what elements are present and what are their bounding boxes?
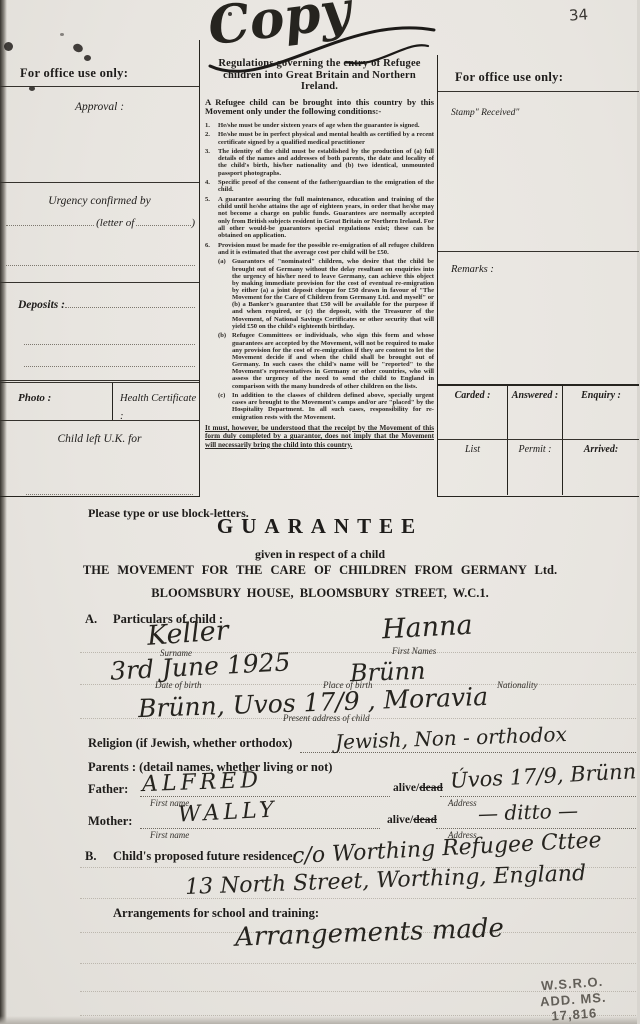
answered-label: Answered : — [512, 390, 558, 401]
section-a-label: A. — [85, 612, 97, 627]
write-in-line — [436, 827, 636, 829]
regulation-item: 5. A guarantee assuring the full mainten… — [205, 196, 434, 239]
regulations-intro: A Refugee child can be brought into this… — [205, 98, 434, 117]
mother-label: Mother: — [88, 814, 132, 829]
regulation-item: 3. The identity of the child must be est… — [205, 148, 434, 177]
write-in-line — [6, 264, 195, 266]
office-use-left-panel: For office use only: Approval : Urgency … — [0, 40, 200, 497]
father-alive-dead: alive/dead — [393, 782, 443, 794]
remarks-label: Remarks : — [451, 264, 494, 275]
urgency-label: Urgency confirmed by — [0, 183, 199, 207]
write-in-line — [6, 224, 94, 226]
subitem-number: (c) — [218, 392, 232, 421]
nationality-label: Nationality — [497, 680, 538, 690]
present-address-label: Present address of child — [283, 713, 370, 723]
subitem-text: In addition to the classes of children d… — [232, 392, 434, 421]
item-text: Provision must be made for the possible … — [218, 242, 434, 256]
organisation-address: BLOOMSBURY HOUSE, BLOOMSBURY STREET, W.C… — [0, 586, 640, 601]
left-panel-title: For office use only: — [20, 66, 128, 80]
write-in-line — [440, 795, 636, 797]
write-in-line — [140, 827, 380, 829]
office-use-right-panel: For office use only: Stamp" Received" Re… — [437, 55, 639, 497]
copy-annotation: Copy — [205, 0, 354, 57]
surname-value: Keller — [146, 615, 230, 652]
item-text: Specific proof of the consent of the fat… — [218, 179, 434, 193]
archive-stamp: W.S.R.O. ADD. MS. 17,816 — [538, 974, 608, 1024]
regulation-subitem: (c) In addition to the classes of childr… — [218, 392, 434, 421]
religion-value: Jewish, Non - orthodox — [335, 722, 568, 754]
first-names-label: First Names — [392, 646, 436, 656]
write-in-line — [26, 493, 193, 495]
page-number-annotation: 34 — [568, 5, 588, 24]
letter-of-close: ) — [191, 217, 195, 229]
write-in-line — [24, 365, 195, 367]
mother-name-value: WALLY — [177, 797, 278, 827]
regulation-subitem: (a) Guarantors of "nominated" children, … — [218, 258, 434, 330]
item-text: A guarantee assuring the full maintenanc… — [218, 196, 434, 239]
item-number: 2. — [205, 131, 218, 145]
approval-label: Approval : — [75, 101, 124, 113]
father-address-value: Úvos 17/9, Brünn — [449, 759, 636, 793]
letter-of-label: (letter of — [94, 217, 136, 229]
ruled-line — [80, 897, 636, 899]
carded-label: Carded : — [455, 390, 491, 401]
item-text: He/she must be under sixteen years of ag… — [218, 122, 434, 129]
father-label: Father: — [88, 782, 128, 797]
write-in-line — [140, 795, 390, 797]
subitem-text: Guarantors of "nominated" children, who … — [232, 258, 434, 330]
regulations-footer-note: It must, however, be understood that the… — [205, 424, 434, 449]
regulation-item: 4. Specific proof of the consent of the … — [205, 179, 434, 193]
organisation-name: THE MOVEMENT FOR THE CARE OF CHILDREN FR… — [0, 563, 640, 578]
ruled-line — [80, 962, 636, 964]
item-number: 6. — [205, 242, 218, 256]
father-name-value: ALFRED — [142, 768, 263, 797]
first-names-value: Hanna — [381, 610, 473, 646]
alive-text: alive/ — [387, 814, 413, 826]
father-address-label: Address — [448, 798, 477, 808]
dead-text-struck: dead — [413, 814, 437, 826]
write-in-line — [24, 343, 195, 345]
item-text: The identity of the child must be establ… — [218, 148, 434, 177]
regulation-item: 6. Provision must be made for the possib… — [205, 242, 434, 256]
enquiry-label: Enquiry : — [581, 390, 621, 401]
item-number: 3. — [205, 148, 218, 177]
health-certificate-label: Health Certificate : — [120, 393, 196, 422]
stamp-received-label: Stamp" Received" — [451, 108, 519, 118]
scanned-form-page: 34 Copy For office use only: Approval : … — [0, 0, 640, 1024]
list-label: List — [465, 444, 480, 455]
regulation-subitem: (b) Refugee Committees or individuals, w… — [218, 332, 434, 389]
religion-label: Religion (if Jewish, whether orthodox) — [88, 736, 292, 751]
child-left-uk-label: Child left U.K. for — [0, 421, 199, 445]
mother-alive-dead: alive/dead — [387, 814, 437, 826]
right-panel-title: For office use only: — [455, 70, 563, 84]
subitem-text: Refugee Committees or individuals, who s… — [232, 332, 434, 389]
permit-label: Permit : — [518, 444, 551, 455]
mother-address-value: — ditto — — [478, 798, 579, 825]
regulations-heading: Regulations governing the entry of Refug… — [205, 58, 434, 93]
dead-text-struck: dead — [419, 782, 443, 794]
guarantee-subtitle: given in respect of a child — [0, 547, 640, 562]
regulations-column: Regulations governing the entry of Refug… — [205, 58, 434, 456]
alive-text: alive/ — [393, 782, 419, 794]
write-in-line — [65, 306, 195, 308]
item-number: 5. — [205, 196, 218, 239]
regulation-item: 2. He/she must be in perfect physical an… — [205, 131, 434, 145]
mother-first-name-label: First name — [150, 830, 189, 840]
ink-blot — [60, 33, 64, 36]
section-b-label: B. — [85, 849, 96, 864]
arrived-label: Arrived: — [584, 444, 618, 455]
photo-label: Photo : — [18, 392, 51, 404]
write-in-line — [136, 224, 191, 226]
item-text: He/she must be in perfect physical and m… — [218, 131, 434, 145]
training-label: Arrangements for school and training: — [113, 906, 319, 921]
subitem-number: (b) — [218, 332, 232, 389]
deposits-label: Deposits : — [18, 299, 65, 311]
item-number: 1. — [205, 122, 218, 129]
section-b-title: Child's proposed future residence: — [113, 849, 297, 864]
regulation-item: 1. He/she must be under sixteen years of… — [205, 122, 434, 129]
guarantee-title: GUARANTEE — [0, 514, 640, 539]
item-number: 4. — [205, 179, 218, 193]
date-of-birth-label: Date of birth — [155, 680, 202, 690]
subitem-number: (a) — [218, 258, 232, 330]
